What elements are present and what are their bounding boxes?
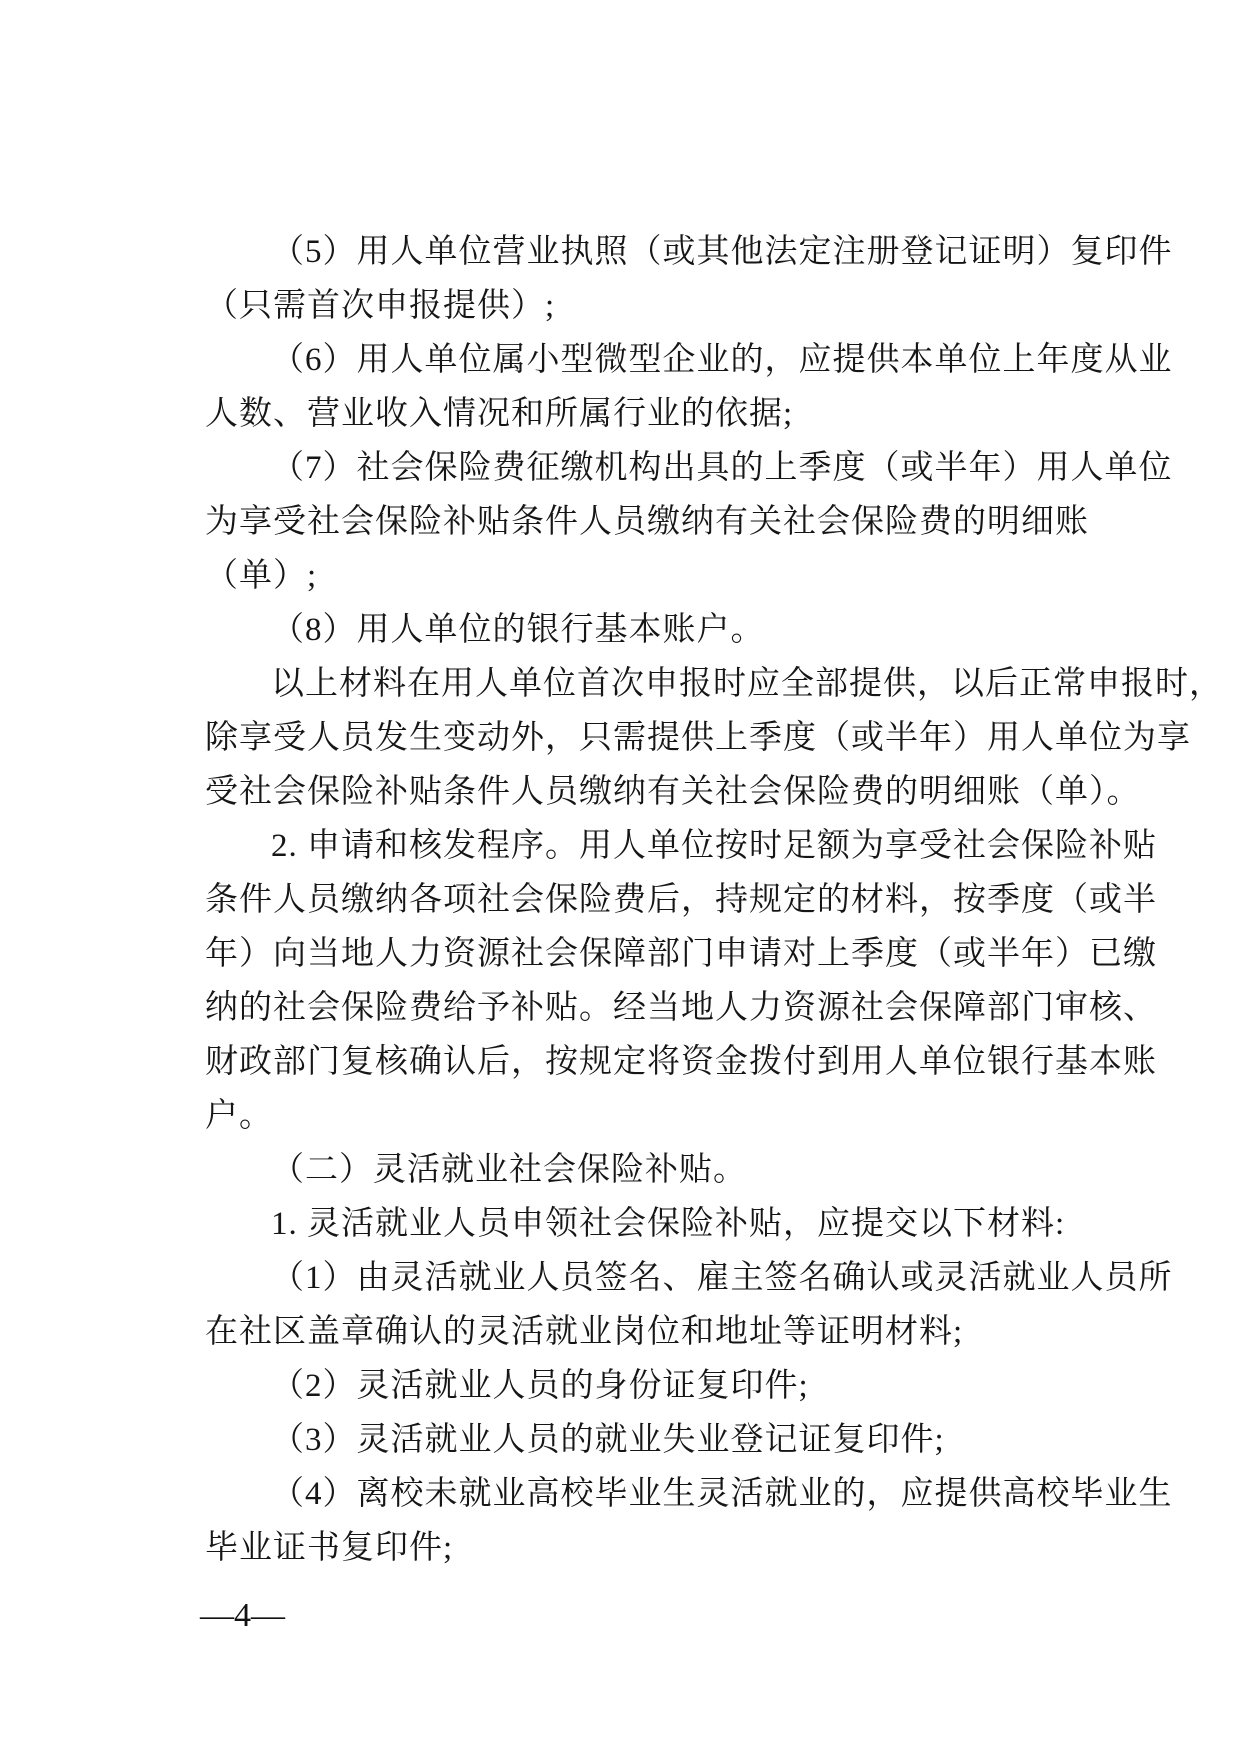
page-number: —4— [200, 1593, 285, 1639]
text-line: （8）用人单位的银行基本账户。 [205, 603, 1125, 657]
text-line: 毕业证书复印件; [205, 1521, 1125, 1575]
text-line: 1. 灵活就业人员申领社会保险补贴，应提交以下材料: [205, 1197, 1125, 1251]
text-line: 受社会保险补贴条件人员缴纳有关社会保险费的明细账（单）。 [205, 765, 1125, 819]
text-line: 财政部门复核确认后，按规定将资金拨付到用人单位银行基本账 [205, 1035, 1125, 1089]
text-line: （只需首次申报提供）; [205, 279, 1125, 333]
text-line: 人数、营业收入情况和所属行业的依据; [205, 387, 1125, 441]
text-line: 纳的社会保险费给予补贴。经当地人力资源社会保障部门审核、 [205, 981, 1125, 1035]
text-line: 年）向当地人力资源社会保障部门申请对上季度（或半年）已缴 [205, 927, 1125, 981]
text-line: （单）; [205, 549, 1125, 603]
text-line: 2. 申请和核发程序。用人单位按时足额为享受社会保险补贴 [205, 819, 1125, 873]
text-line: （3）灵活就业人员的就业失业登记证复印件; [205, 1413, 1125, 1467]
text-line: 除享受人员发生变动外，只需提供上季度（或半年）用人单位为享 [205, 711, 1125, 765]
text-line: （4）离校未就业高校毕业生灵活就业的，应提供高校毕业生 [205, 1467, 1125, 1521]
text-line: （5）用人单位营业执照（或其他法定注册登记证明）复印件 [205, 225, 1125, 279]
text-line: （6）用人单位属小型微型企业的，应提供本单位上年度从业 [205, 333, 1125, 387]
text-line: （二）灵活就业社会保险补贴。 [205, 1143, 1125, 1197]
text-line: 以上材料在用人单位首次申报时应全部提供，以后正常申报时， [205, 657, 1125, 711]
document-page: （5）用人单位营业执照（或其他法定注册登记证明）复印件（只需首次申报提供）;（6… [0, 0, 1240, 1754]
text-line: （2）灵活就业人员的身份证复印件; [205, 1359, 1125, 1413]
text-line: 条件人员缴纳各项社会保险费后，持规定的材料，按季度（或半 [205, 873, 1125, 927]
text-line: （7）社会保险费征缴机构出具的上季度（或半年）用人单位 [205, 441, 1125, 495]
document-text-block: （5）用人单位营业执照（或其他法定注册登记证明）复印件（只需首次申报提供）;（6… [205, 225, 1125, 1575]
text-line: 为享受社会保险补贴条件人员缴纳有关社会保险费的明细账 [205, 495, 1125, 549]
text-line: 户。 [205, 1089, 1125, 1143]
text-line: 在社区盖章确认的灵活就业岗位和地址等证明材料; [205, 1305, 1125, 1359]
text-line: （1）由灵活就业人员签名、雇主签名确认或灵活就业人员所 [205, 1251, 1125, 1305]
